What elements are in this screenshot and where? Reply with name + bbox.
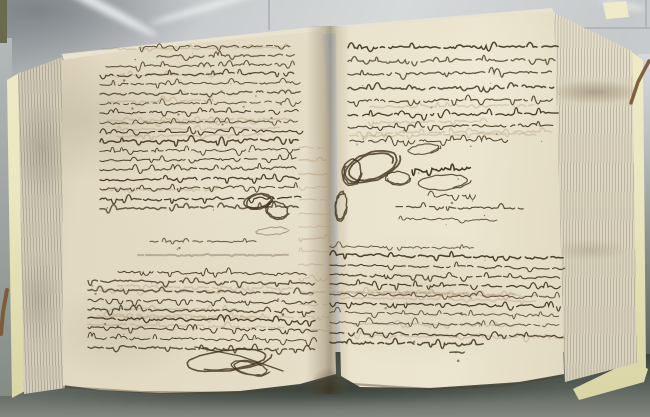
tile-grout-line bbox=[583, 27, 650, 29]
photo-of-open-manuscript-book bbox=[0, 0, 650, 417]
tile-grout-line bbox=[645, 0, 647, 28]
marble-vein bbox=[22, 0, 159, 41]
dark-object-edge bbox=[0, 0, 7, 43]
marble-vein bbox=[149, 0, 266, 26]
tile-grout-line bbox=[268, 0, 270, 30]
